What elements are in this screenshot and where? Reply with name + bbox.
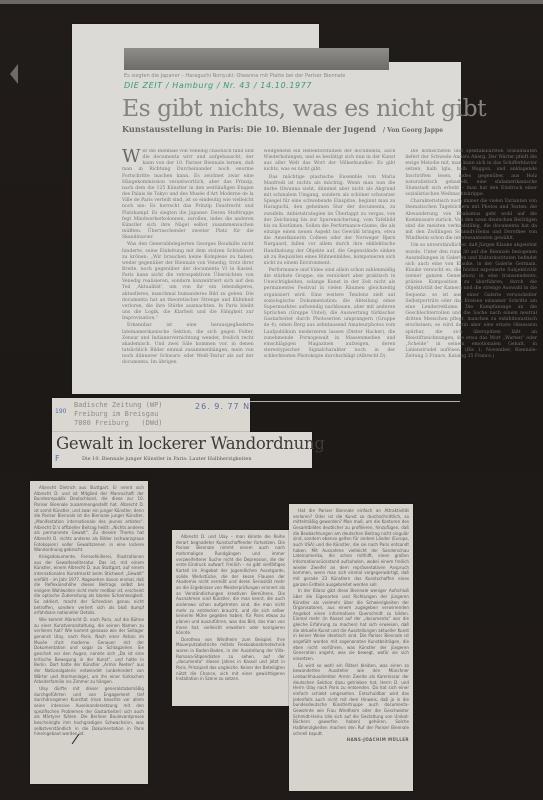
subheadline-text: Kunstausstellung in Paris: Die 10. Bienn… (122, 124, 376, 134)
handwritten-source-note: DIE ZEIT / Hamburg / Nr. 43 / 14.10.1977 (124, 81, 312, 90)
signature-line: HANS-JOACHIM MÜLLER (293, 737, 409, 743)
paragraph: Kriegsdokumente, Fernsehkillerei, Illust… (34, 554, 144, 616)
paragraph: Hat die Pariser Biennale einfach an Attr… (293, 508, 409, 587)
headline: Gewalt in lockerer Wandordnung (56, 434, 325, 453)
paragraph: Charakteristisch noch immer die vielen V… (405, 199, 537, 242)
paragraph: Albrecht Dietrich aus Stuttgart. Er nenn… (34, 485, 144, 553)
article-photo (124, 48, 389, 70)
paragraph: In der Bilanz gibt diese Biennale wenige… (293, 588, 409, 662)
paragraph: Erkennbar ist eine herausgegliederte lat… (122, 323, 254, 366)
author-signature: HANS-JOACHIM MÜLLER (347, 737, 409, 742)
paragraph: er die Biennale von Venedig chaotisch fa… (122, 149, 254, 241)
article-column-2: Albrecht D. und Ulay – man könnte die Re… (172, 530, 289, 706)
headline-slip: Gewalt in lockerer Wandordnung Die 10. B… (52, 432, 312, 468)
paragraph: Die komischsten und spektakulärsten Sozi… (405, 149, 537, 198)
clipping-die-zeit-content: Es siegten die Japaner – Haraguchi Noriy… (72, 24, 461, 394)
subheadline: Kunstausstellung in Paris: Die 10. Bienn… (122, 124, 443, 134)
paragraph: Es wird so wohl ein Rätsel bleiben, was … (293, 663, 409, 737)
dropcap: W (122, 150, 141, 164)
source-stamp-slip: Badische Zeitung (WP) Freiburg im Breisg… (52, 398, 250, 434)
handwritten-letter-f: F (55, 454, 60, 463)
subheadline: Die 10. Biennale junger Künstler in Pari… (82, 456, 252, 462)
paragraph: Wie kommt Albrecht D. nach Paris, auf di… (34, 617, 144, 685)
article-column-3: Hat die Pariser Biennale einfach an Attr… (289, 504, 413, 791)
article-column-3: Die komischsten und spektakulärsten Sozi… (405, 149, 537, 397)
paragraph: Ulay dürfte mit dieser generalstabsmäßig… (34, 686, 144, 737)
column-text: Hat die Pariser Biennale einfach an Attr… (293, 508, 409, 788)
article-column-1: W er die Biennale von Venedig chaotisch … (122, 149, 254, 397)
paragraph: Dorothea von Windheim zum Beispiel. Ihre… (176, 637, 285, 682)
paragraph: weitgehend ein Reflektorstudien der docu… (264, 149, 396, 174)
column-text: Albrecht D. und Ulay – man könnte die Re… (176, 534, 285, 703)
paragraph: Was den Generaldelegierten Georges Bouda… (122, 242, 254, 322)
article-column-1: Albrecht Dietrich aus Stuttgart. Er nenn… (30, 481, 148, 784)
article-column-2: weitgehend ein Reflektorstudien der docu… (264, 149, 396, 397)
paragraph: Das mächtige plastische Ensemble von Mar… (264, 175, 396, 267)
paragraph: Performance und Video sind allein schon … (264, 268, 396, 360)
board-top-edge (0, 0, 543, 4)
column-text: Albrecht Dietrich aus Stuttgart. Er nenn… (34, 485, 144, 781)
article-columns: W er die Biennale von Venedig chaotisch … (122, 149, 537, 397)
source-stamp: Badische Zeitung (WP) Freiburg im Breisg… (74, 401, 163, 428)
photo-caption: Es siegten die Japaner – Haraguchi Noriy… (124, 73, 345, 79)
byline: / Von Georg Jappe (383, 127, 443, 134)
paragraph: Albrecht D. und Ulay – man könnte die Re… (176, 534, 285, 636)
paper-scrap (10, 64, 18, 84)
paragraph: Um so unverständlicher, daß Jürgen Klauk… (405, 243, 537, 360)
stamp-date: 26. 9. 77 N (195, 402, 250, 411)
headline: Es gibt nichts, was es nicht gibt (122, 94, 486, 122)
handwritten-number: 190 (55, 408, 66, 415)
archive-board: Es siegten die Japaner – Haraguchi Noriy… (0, 0, 543, 800)
